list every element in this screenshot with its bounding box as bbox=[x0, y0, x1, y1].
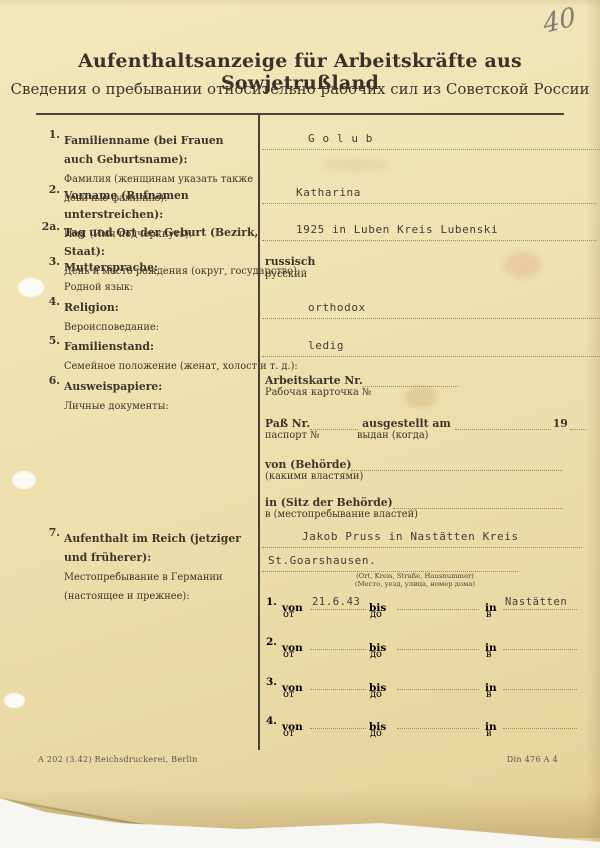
field-number: 7. bbox=[38, 527, 64, 603]
value-muttersprache-ru: русский bbox=[265, 269, 563, 281]
v-label: в bbox=[486, 649, 492, 661]
doc-arbeitskarte-label-de: Arbeitskarte Nr. bbox=[265, 374, 363, 387]
label-ru: Семейное положение (женат, холост и т. д… bbox=[64, 361, 298, 372]
field-label-muttersprache: 3. Muttersprache: Родной язык: bbox=[38, 256, 256, 294]
label-de: Muttersprache: bbox=[64, 261, 158, 274]
field-label-ausweispapiere: 6. Ausweispapiere: Личные документы: bbox=[38, 375, 256, 413]
dotted-line bbox=[363, 373, 458, 387]
entry-number: 2. bbox=[266, 636, 282, 662]
value-residence-line2: St.Goarshausen. bbox=[262, 554, 518, 572]
von-value: 21.6.43 bbox=[310, 596, 366, 609]
residence-entry-1: 1. vonот 21.6.43 bisдо inв Nastätten bbox=[266, 596, 564, 622]
label-ru: Вероисповедание: bbox=[64, 322, 159, 333]
do-label: до bbox=[370, 649, 382, 661]
ot-label: от bbox=[283, 649, 294, 661]
column-divider bbox=[258, 115, 260, 750]
doc-seat-label-ru: в (местопребывание властей) bbox=[265, 509, 563, 521]
do-label: до bbox=[370, 689, 382, 701]
in-line: Nastätten bbox=[503, 596, 577, 610]
paper-bottom-shading bbox=[0, 788, 600, 838]
residence-entry-3: 3. vonот bisдо inв bbox=[266, 676, 564, 702]
dotted-line bbox=[310, 416, 358, 430]
doc-pass-label-de: Paß Nr. bbox=[265, 417, 310, 430]
label-de: Familienstand: bbox=[64, 340, 154, 353]
label-de: Tag und Ort der Geburt (Bezirk, Staat): bbox=[64, 226, 258, 258]
field-number: 6. bbox=[38, 375, 64, 413]
value-familienname: G o l u b bbox=[262, 132, 600, 150]
field-label-aufenthalt: 7. Aufenthalt im Reich (jetziger und frü… bbox=[38, 527, 256, 603]
doc-seat: in (Sitz der Behörde) в (местопребывание… bbox=[265, 496, 563, 521]
doc-arbeitskarte-label-ru: Рабочая карточка № bbox=[265, 387, 563, 399]
dotted-line bbox=[455, 416, 551, 430]
doc-issued-label-ru: выдан (когда) bbox=[357, 430, 429, 442]
in-line bbox=[503, 676, 577, 690]
in-value: Nastätten bbox=[503, 596, 577, 609]
doc-year-prefix: 19 bbox=[551, 417, 570, 430]
label-ru: (настоящее и прежнее): bbox=[64, 591, 190, 602]
dotted-line bbox=[351, 457, 563, 471]
label-de: Aufenthalt im Reich (jetziger und früher… bbox=[64, 532, 241, 564]
doc-pass-label-ru: паспорт № bbox=[265, 430, 319, 442]
label-de: Ausweispapiere: bbox=[64, 380, 162, 393]
residence-entry-2: 2. vonот bisдо inв bbox=[266, 636, 564, 662]
document-paper: 40 Aufenthaltsanzeige für Arbeitskräfte … bbox=[0, 0, 600, 848]
imprint-right: Din 476 A 4 bbox=[507, 755, 558, 764]
doc-arbeitskarte: Arbeitskarte Nr. Рабочая карточка № bbox=[265, 374, 563, 399]
value-geburt: 1925 in Luben Kreis Lubenski bbox=[262, 223, 596, 241]
bis-line bbox=[397, 636, 479, 650]
do-label: до bbox=[370, 728, 382, 740]
v-label: в bbox=[486, 728, 492, 740]
value-residence-line1: Jakob Pruss in Nastätten Kreis bbox=[262, 530, 582, 548]
in-line bbox=[503, 636, 577, 650]
label-ru: Родной язык: bbox=[64, 282, 133, 293]
von-line: 21.6.43 bbox=[310, 596, 366, 610]
label-de: Familienname (bei Frauen auch Geburtsnam… bbox=[64, 134, 224, 166]
bis-line bbox=[397, 596, 479, 610]
form-title-russian: Сведения о пребывании относительно рабоч… bbox=[0, 80, 600, 98]
hole-punch bbox=[12, 471, 36, 489]
doc-authority: von (Behörde) (какими властями) bbox=[265, 458, 563, 483]
dotted-line bbox=[570, 416, 586, 430]
paper-right-shading bbox=[586, 0, 600, 848]
doc-seat-label-de: in (Sitz der Behörde) bbox=[265, 496, 393, 509]
dotted-line bbox=[393, 495, 563, 509]
value-muttersprache-de: russisch bbox=[265, 256, 563, 269]
doc-authority-label-ru: (какими властями) bbox=[265, 471, 563, 483]
in-line bbox=[503, 715, 577, 729]
field-number: 3. bbox=[38, 256, 64, 294]
v-label: в bbox=[486, 609, 492, 621]
field-label-religion: 4. Religion: Вероисповедание: bbox=[38, 296, 256, 334]
bis-line bbox=[397, 715, 479, 729]
handwritten-page-number: 40 bbox=[541, 2, 577, 40]
residence-caption-ru: (Место, уезд, улица, номер дома) bbox=[290, 581, 540, 589]
entry-number: 1. bbox=[266, 596, 282, 622]
ot-label: от bbox=[283, 728, 294, 740]
von-line bbox=[310, 636, 366, 650]
entry-number: 4. bbox=[266, 715, 282, 741]
value-religion: orthodox bbox=[262, 301, 600, 319]
label-de: Religion: bbox=[64, 301, 119, 314]
label-de: Vorname (Rufnamen unterstreichen): bbox=[64, 189, 189, 221]
ot-label: от bbox=[283, 689, 294, 701]
do-label: до bbox=[370, 609, 382, 621]
imprint-left: A 202 (3.42) Reichsdruckerei, Berlin bbox=[38, 755, 198, 764]
doc-authority-label-de: von (Behörde) bbox=[265, 458, 351, 471]
label-ru: Местопребывание в Германии bbox=[64, 572, 223, 583]
doc-issued-label-de: ausgestellt am bbox=[358, 417, 455, 430]
field-label-familienstand: 5. Familienstand: Семейное положение (же… bbox=[38, 335, 256, 373]
paper-stain bbox=[320, 158, 390, 172]
von-line bbox=[310, 676, 366, 690]
value-vorname: Katharina bbox=[262, 186, 596, 204]
hole-punch bbox=[4, 693, 25, 708]
header-rule bbox=[36, 113, 564, 115]
value-familienstand: ledig bbox=[262, 339, 600, 357]
doc-pass: Paß Nr. ausgestellt am 19 паспорт № выда… bbox=[265, 417, 563, 442]
residence-entry-4: 4. vonот bisдо inв bbox=[266, 715, 564, 741]
ot-label: от bbox=[283, 609, 294, 621]
von-line bbox=[310, 715, 366, 729]
v-label: в bbox=[486, 689, 492, 701]
paper-top-shading bbox=[0, 0, 600, 7]
field-number: 5. bbox=[38, 335, 64, 373]
label-ru: Личные документы: bbox=[64, 401, 169, 412]
field-number: 4. bbox=[38, 296, 64, 334]
bis-line bbox=[397, 676, 479, 690]
value-muttersprache: russisch русский bbox=[265, 256, 563, 280]
entry-number: 3. bbox=[266, 676, 282, 702]
